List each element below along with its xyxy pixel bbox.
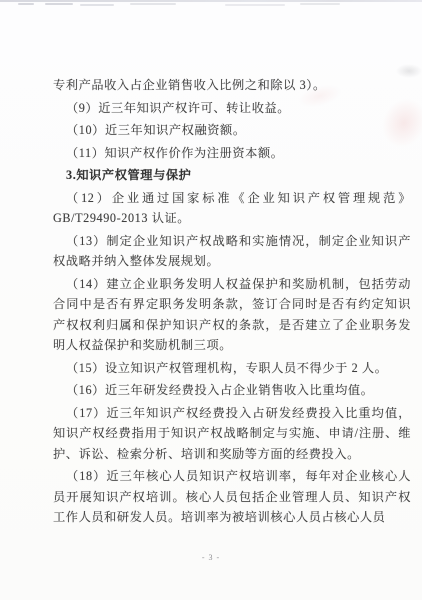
scan-edge-artifact	[45, 3, 73, 5]
document-paragraph: （12）企业通过国家标准《企业知识产权管理规范》GB/T29490-2013 认…	[53, 188, 411, 229]
page-number: - 3 -	[0, 553, 422, 562]
document-paragraph: （10）近三年知识产权融资额。	[53, 120, 411, 141]
scan-edge-artifact	[0, 0, 422, 2]
scan-edge-artifact	[300, 3, 340, 5]
document-paragraph: （15）设立知识产权管理机构，专职人员不得少于 2 人。	[53, 358, 411, 379]
document-paragraph: （11）知识产权作价作为注册资本额。	[53, 143, 411, 164]
document-paragraph: （9）近三年知识产权许可、转让收益。	[53, 98, 411, 119]
document-paragraph: （14）建立企业职务发明人权益保护和奖励机制，包括劳动合同中是否有界定职务发明条…	[53, 274, 411, 356]
document-paragraph: （18）近三年核心人员知识产权培训率，每年对企业核心人员开展知识产权培训。核心人…	[53, 466, 411, 528]
scan-edge-artifact	[225, 4, 285, 6]
document-paragraph: 专利产品收入占企业销售收入比例之和除以 3）。	[53, 75, 411, 96]
scan-edge-artifact	[18, 3, 34, 5]
document-paragraph: （13）制定企业知识产权战略和实施情况，制定企业知识产权战略并纳入整体发展规划。	[53, 231, 411, 272]
scan-edge-artifact	[80, 4, 114, 6]
document-paragraph: （16）近三年研发经费投入占企业销售收入比重均值。	[53, 380, 411, 401]
scanned-document-page: 专利产品收入占企业销售收入比例之和除以 3）。（9）近三年知识产权许可、转让收益…	[0, 0, 422, 600]
document-body: 专利产品收入占企业销售收入比例之和除以 3）。（9）近三年知识产权许可、转让收益…	[53, 75, 411, 530]
scan-edge-artifact	[130, 3, 176, 5]
section-heading: 3.知识产权管理与保护	[53, 165, 411, 186]
document-paragraph: （17）近三年知识产权经费投入占研发经费投入比重均值，知识产权经费指用于知识产权…	[53, 403, 411, 465]
